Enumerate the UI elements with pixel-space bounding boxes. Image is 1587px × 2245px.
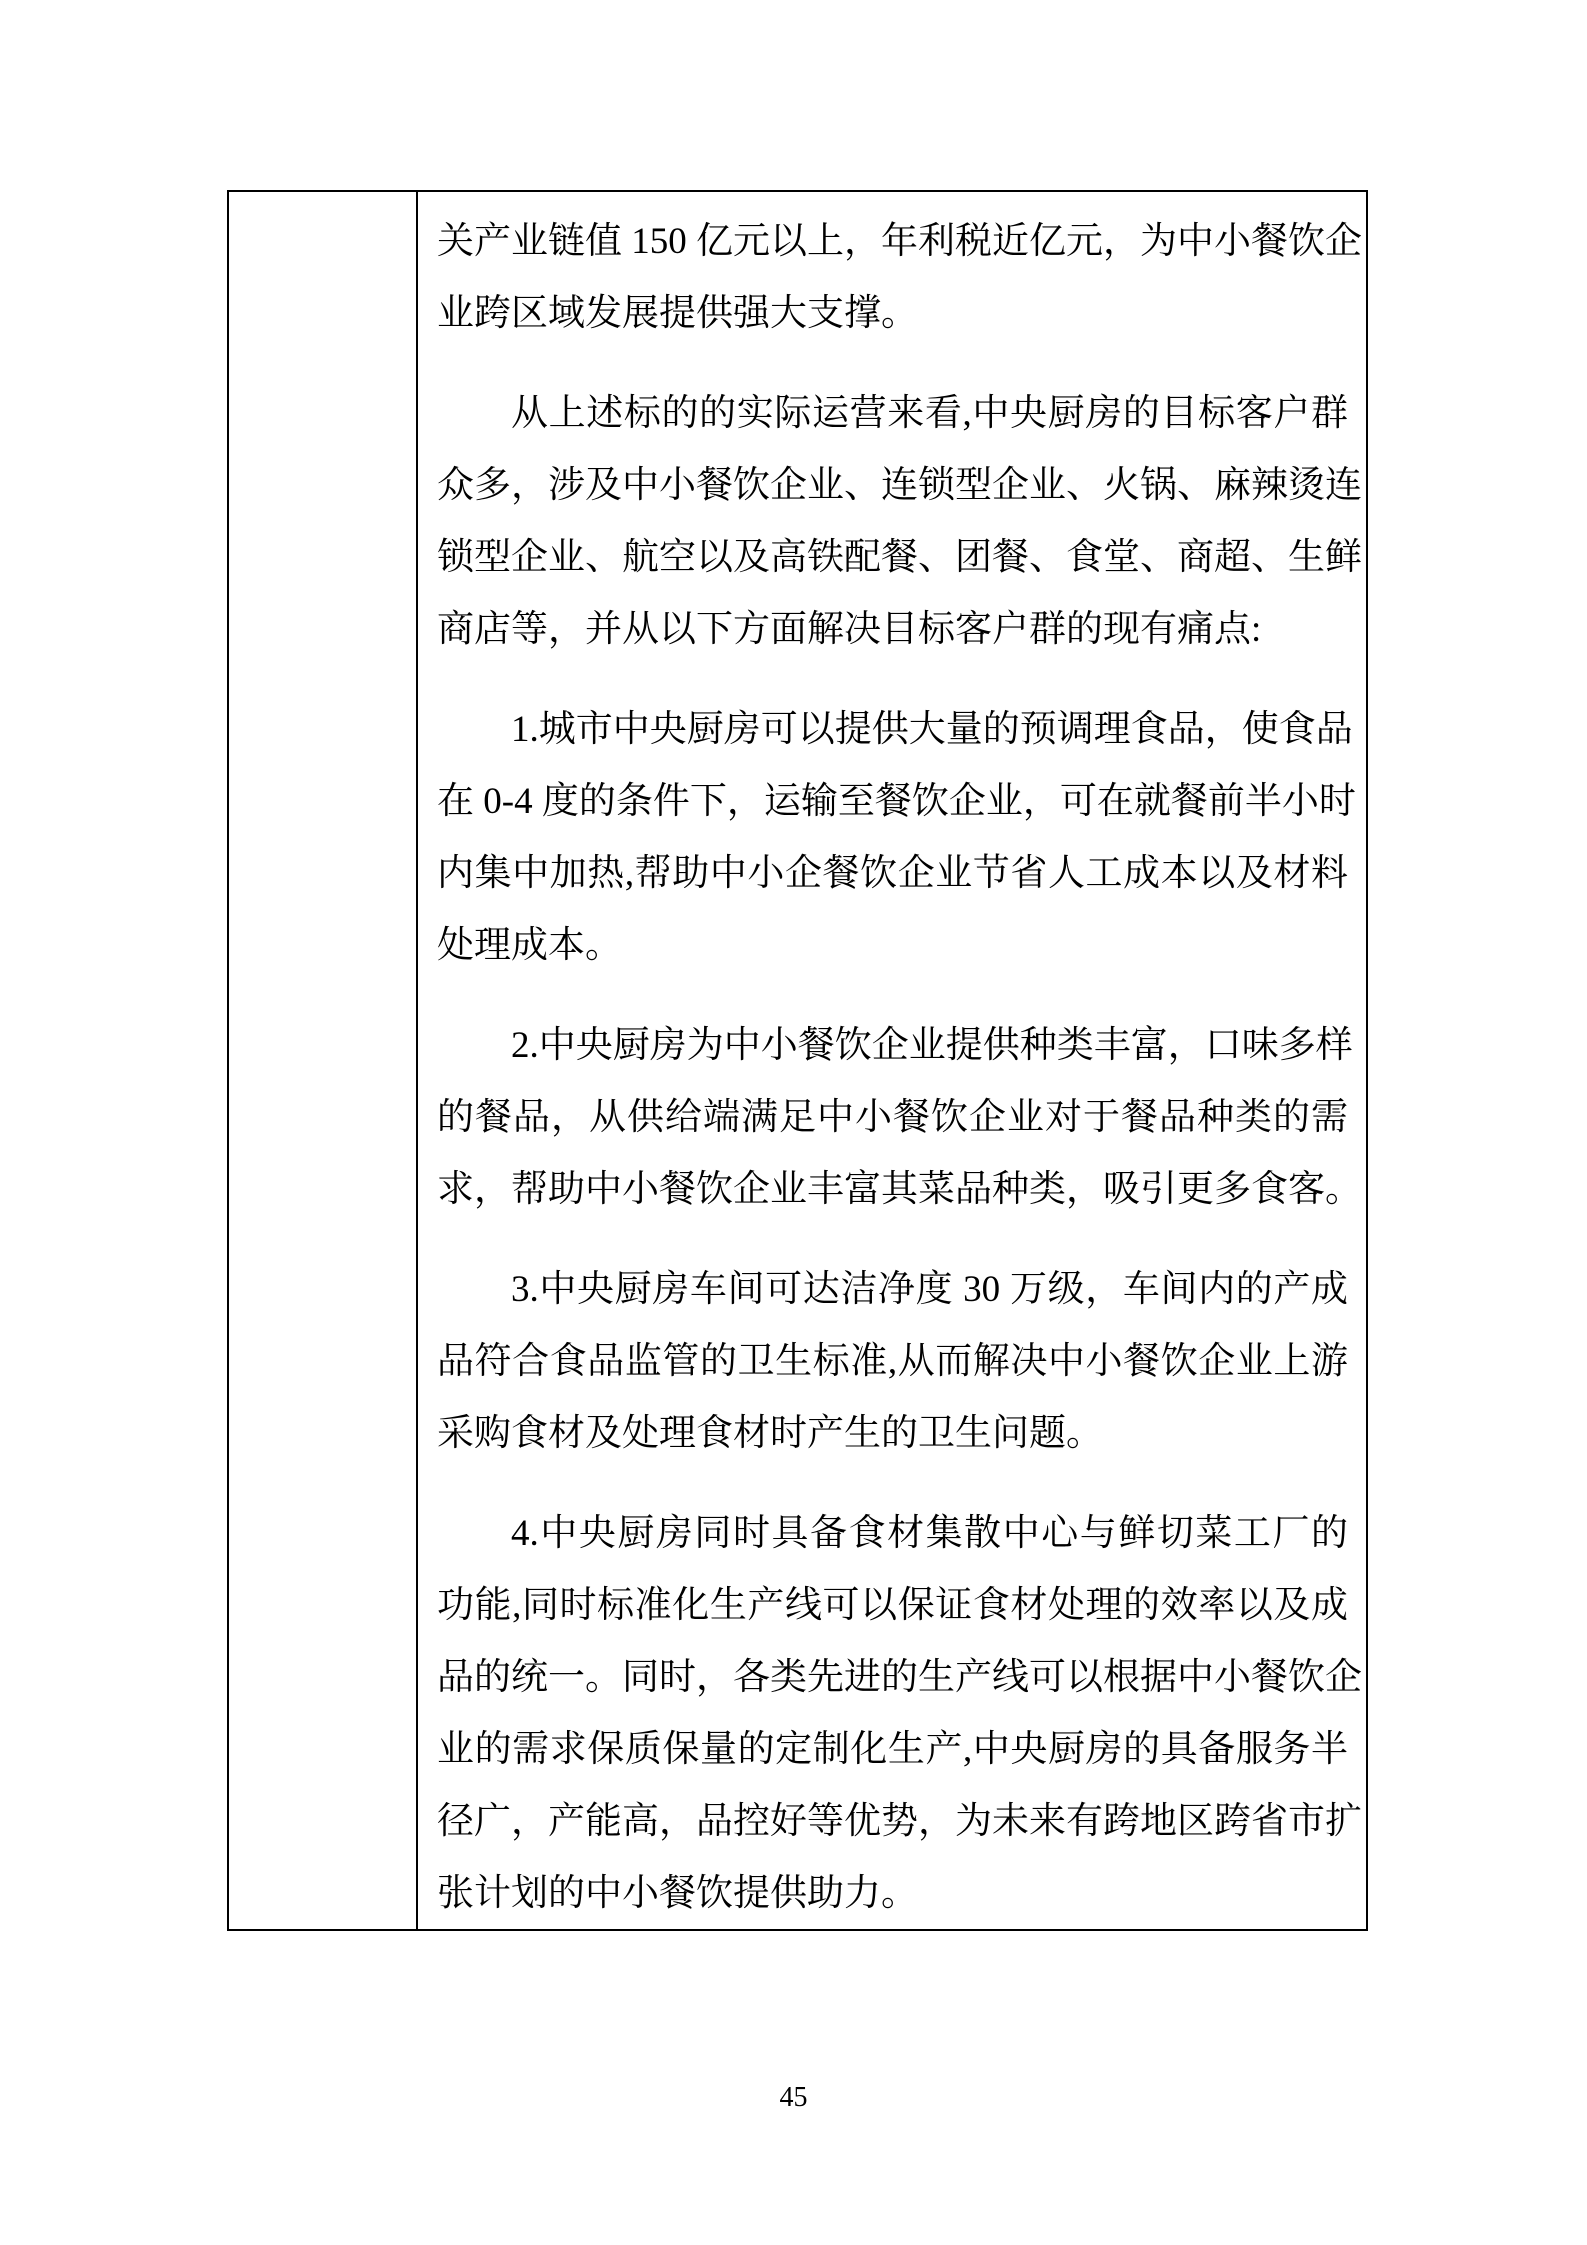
text-line: 处理成本。 bbox=[437, 910, 1348, 982]
text-line: 锁型企业、航空以及高铁配餐、团餐、食堂、商超、生鲜 bbox=[437, 522, 1348, 594]
table-cell-right: 关产业链值 150 亿元以上，年利税近亿元，为中小餐饮企业跨区域发展提供强大支撑… bbox=[418, 192, 1366, 1929]
text-line: 品的统一。同时，各类先进的生产线可以根据中小餐饮企 bbox=[437, 1642, 1348, 1714]
paragraph: 4.中央厨房同时具备食材集散中心与鲜切菜工厂的功能,同时标准化生产线可以保证食材… bbox=[437, 1498, 1348, 1929]
table-cell-left bbox=[229, 192, 418, 1929]
text-line: 张计划的中小餐饮提供助力。 bbox=[437, 1858, 1348, 1929]
text-line: 关产业链值 150 亿元以上，年利税近亿元，为中小餐饮企 bbox=[437, 206, 1348, 278]
content-table: 关产业链值 150 亿元以上，年利税近亿元，为中小餐饮企业跨区域发展提供强大支撑… bbox=[227, 190, 1368, 1931]
text-line: 业的需求保质保量的定制化生产,中央厨房的具备服务半 bbox=[437, 1714, 1348, 1786]
paragraph: 关产业链值 150 亿元以上，年利税近亿元，为中小餐饮企业跨区域发展提供强大支撑… bbox=[437, 206, 1348, 350]
text-line: 功能,同时标准化生产线可以保证食材处理的效率以及成 bbox=[437, 1570, 1348, 1642]
page-number: 45 bbox=[0, 2082, 1587, 2114]
text-line: 径广，产能高，品控好等优势，为未来有跨地区跨省市扩 bbox=[437, 1786, 1348, 1858]
text-line: 求，帮助中小餐饮企业丰富其菜品种类，吸引更多食客。 bbox=[437, 1154, 1348, 1226]
paragraph: 从上述标的的实际运营来看,中央厨房的目标客户群众多，涉及中小餐饮企业、连锁型企业… bbox=[437, 378, 1348, 666]
text-line: 4.中央厨房同时具备食材集散中心与鲜切菜工厂的 bbox=[437, 1498, 1348, 1570]
text-line: 1.城市中央厨房可以提供大量的预调理食品，使食品 bbox=[437, 694, 1348, 766]
text-line: 众多，涉及中小餐饮企业、连锁型企业、火锅、麻辣烫连 bbox=[437, 450, 1348, 522]
text-line: 3.中央厨房车间可达洁净度 30 万级，车间内的产成 bbox=[437, 1254, 1348, 1326]
paragraph: 2.中央厨房为中小餐饮企业提供种类丰富，口味多样的餐品，从供给端满足中小餐饮企业… bbox=[437, 1010, 1348, 1226]
text-line: 内集中加热,帮助中小企餐饮企业节省人工成本以及材料 bbox=[437, 838, 1348, 910]
paragraph: 3.中央厨房车间可达洁净度 30 万级，车间内的产成品符合食品监管的卫生标准,从… bbox=[437, 1254, 1348, 1470]
document-page: 关产业链值 150 亿元以上，年利税近亿元，为中小餐饮企业跨区域发展提供强大支撑… bbox=[0, 0, 1587, 2245]
text-line: 业跨区域发展提供强大支撑。 bbox=[437, 278, 1348, 350]
text-line: 的餐品，从供给端满足中小餐饮企业对于餐品种类的需 bbox=[437, 1082, 1348, 1154]
text-line: 品符合食品监管的卫生标准,从而解决中小餐饮企业上游 bbox=[437, 1326, 1348, 1398]
text-line: 商店等，并从以下方面解决目标客户群的现有痛点: bbox=[437, 594, 1348, 666]
text-line: 采购食材及处理食材时产生的卫生问题。 bbox=[437, 1398, 1348, 1470]
paragraph: 1.城市中央厨房可以提供大量的预调理食品，使食品在 0-4 度的条件下，运输至餐… bbox=[437, 694, 1348, 982]
text-line: 从上述标的的实际运营来看,中央厨房的目标客户群 bbox=[437, 378, 1348, 450]
text-line: 在 0-4 度的条件下，运输至餐饮企业，可在就餐前半小时 bbox=[437, 766, 1348, 838]
text-line: 2.中央厨房为中小餐饮企业提供种类丰富，口味多样 bbox=[437, 1010, 1348, 1082]
